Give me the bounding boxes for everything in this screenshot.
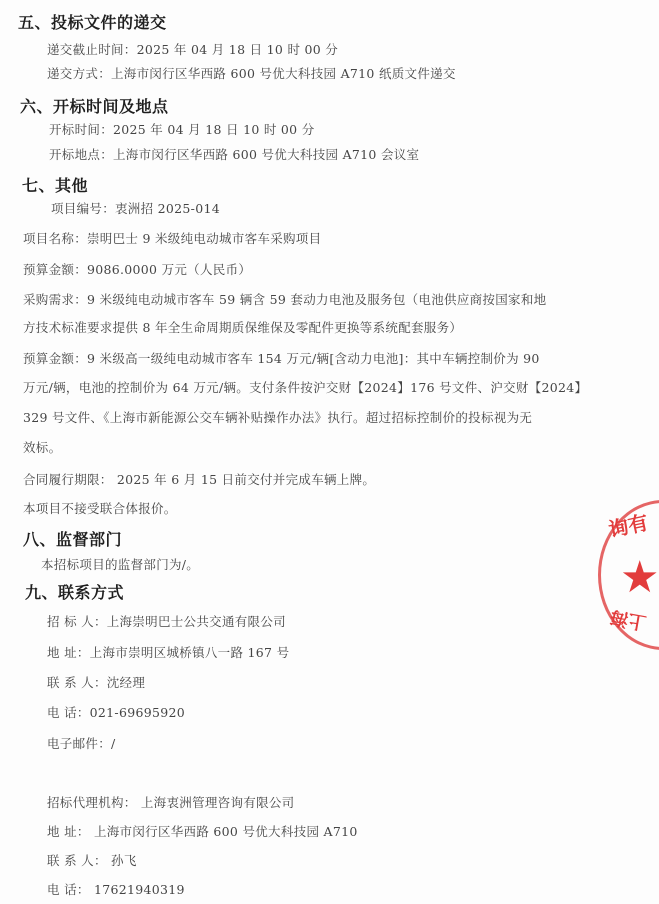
agency-name: 招标代理机构： 上海衷洲管理咨询有限公司 xyxy=(47,793,294,811)
tenderer-email: 电子邮件：/ xyxy=(47,734,116,752)
section-heading-submission: 五、投标文件的递交 xyxy=(18,10,167,33)
tenderer-phone: 电 话：021-69695920 xyxy=(47,703,185,721)
submission-deadline: 递交截止时间：2025 年 04 月 18 日 10 时 00 分 xyxy=(47,40,338,58)
unit-budget-line1: 预算金额：9 米级高一级纯电动城市客车 154 万元/辆[含动力电池]：其中车辆… xyxy=(23,349,540,367)
procurement-demand-line2: 方技术标准要求提供 8 年全生命周期质保维保及零配件更换等系统配套服务） xyxy=(23,318,462,336)
seal-text-bottom: 上海 xyxy=(608,605,648,637)
tenderer-contact-person: 联 系 人：沈经理 xyxy=(47,673,145,691)
tenderer-address: 地 址：上海市崇明区城桥镇八一路 167 号 xyxy=(47,643,289,661)
opening-place: 开标地点：上海市闵行区华西路 600 号优大科技园 A710 会议室 xyxy=(49,145,419,163)
supervision-text: 本招标项目的监督部门为/。 xyxy=(41,555,199,573)
agency-phone: 电 话： 17621940319 xyxy=(47,880,185,898)
contract-period: 合同履行期限： 2025 年 6 月 15 日前交付并完成车辆上牌。 xyxy=(23,470,375,488)
project-number: 项目编号：衷洲招 2025-014 xyxy=(51,199,220,217)
star-icon: ★ xyxy=(620,556,659,600)
section-heading-supervision: 八、监督部门 xyxy=(23,527,122,550)
project-name: 项目名称：崇明巴士 9 米级纯电动城市客车采购项目 xyxy=(23,229,321,247)
submission-method: 递交方式：上海市闵行区华西路 600 号优大科技园 A710 纸质文件递交 xyxy=(47,64,456,82)
document-page: 五、投标文件的递交 递交截止时间：2025 年 04 月 18 日 10 时 0… xyxy=(0,0,659,904)
budget-amount: 预算金额：9086.0000 万元（人民币） xyxy=(23,260,251,278)
unit-budget-line3: 329 号文件、《上海市新能源公交车辆补贴操作办法》执行。超过招标控制价的投标视… xyxy=(23,408,532,426)
no-consortium-note: 本项目不接受联合体报价。 xyxy=(23,499,177,517)
section-heading-contact: 九、联系方式 xyxy=(25,580,124,603)
opening-time: 开标时间：2025 年 04 月 18 日 10 时 00 分 xyxy=(49,120,315,138)
section-heading-opening: 六、开标时间及地点 xyxy=(20,94,169,117)
unit-budget-line4: 效标。 xyxy=(23,438,61,456)
section-heading-other: 七、其他 xyxy=(22,173,88,196)
procurement-demand-line1: 采购需求：9 米级纯电动城市客车 59 辆含 59 套动力电池及服务包（电池供应… xyxy=(23,290,546,308)
agency-contact-person: 联 系 人： 孙飞 xyxy=(47,851,137,869)
tenderer-name: 招 标 人：上海崇明巴士公共交通有限公司 xyxy=(47,612,286,630)
unit-budget-line2: 万元/辆，电池的控制价为 64 万元/辆。支付条件按沪交财【2024】176 号… xyxy=(23,378,587,396)
agency-address: 地 址： 上海市闵行区华西路 600 号优大科技园 A710 xyxy=(47,822,358,840)
